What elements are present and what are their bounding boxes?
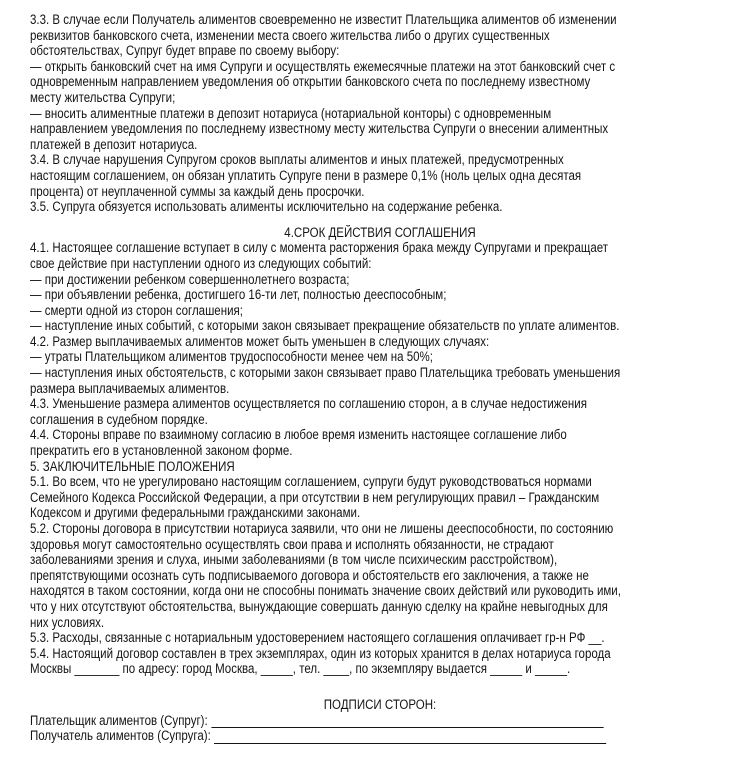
paragraph-line: процента) от неуплаченной суммы за кажды… — [30, 184, 632, 200]
paragraph-line: 4.1. Настоящее соглашение вступает в сил… — [30, 240, 632, 256]
recipient-label: Получатель алиментов (Супруга): — [30, 728, 211, 744]
paragraph-line: размера выплачиваемых алиментов. — [30, 381, 632, 397]
paragraph-line: месту жительства Супруги; — [30, 90, 632, 106]
paragraph-line: находятся в таком состоянии, когда они н… — [30, 583, 632, 599]
paragraph-line: 5.2. Стороны договора в присутствии нота… — [30, 521, 632, 537]
paragraph-line: — при объявлении ребенка, достигшего 16-… — [30, 287, 632, 303]
section-5-heading: 5. ЗАКЛЮЧИТЕЛЬНЫЕ ПОЛОЖЕНИЯ — [30, 459, 632, 475]
paragraph-line: соглашения в судебном порядке. — [30, 412, 632, 428]
paragraph-line: что у них отсутствуют обстоятельства, вы… — [30, 599, 632, 615]
paragraph-line: обстоятельствах, Супруг будет вправе по … — [30, 43, 632, 59]
section-4-heading: 4.СРОК ДЕЙСТВИЯ СОГЛАШЕНИЯ — [79, 225, 681, 241]
paragraph-line: — наступление иных событий, с которыми з… — [30, 318, 632, 334]
paragraph-line: — утраты Плательщиком алиментов трудоспо… — [30, 349, 632, 365]
paragraph-line: Семейного Кодекса Российской Федерации, … — [30, 490, 632, 506]
recipient-signature-row: Получатель алиментов (Супруга): — [30, 728, 632, 744]
paragraph-line: Москвы _______ по адресу: город Москва, … — [30, 661, 632, 677]
paragraph-line: 4.4. Стороны вправе по взаимному согласи… — [30, 427, 632, 443]
paragraph-line: направлением уведомления по последнему и… — [30, 121, 632, 137]
paragraph-line: — смерти одной из сторон соглашения; — [30, 303, 632, 319]
paragraph-line: настоящим соглашением, он обязан уплатит… — [30, 168, 632, 184]
paragraph-line: 4.3. Уменьшение размера алиментов осущес… — [30, 396, 632, 412]
paragraph-line: реквизитов банковского счета, изменении … — [30, 28, 632, 44]
paragraph-line: прекратить его в установленной законом ф… — [30, 443, 632, 459]
paragraph-line: — при достижении ребенком совершеннолетн… — [30, 272, 632, 288]
paragraph-line: здоровья могут самостоятельно осуществля… — [30, 537, 632, 553]
paragraph-line: 3.4. В случае нарушения Супругом сроков … — [30, 152, 632, 168]
paragraph-line: препятствующими осознать суть подписывае… — [30, 568, 632, 584]
section-3: 3.3. В случае если Получатель алиментов … — [30, 12, 730, 215]
paragraph-line: заболеваниями зрения и слуха, иными забо… — [30, 552, 632, 568]
paragraph-line: 3.3. В случае если Получатель алиментов … — [30, 12, 632, 28]
paragraph-line: платежей в депозит нотариуса. — [30, 137, 632, 153]
paragraph-line: — вносить алиментные платежи в депозит н… — [30, 106, 632, 122]
paragraph-line: свое действие при наступлении одного из … — [30, 256, 632, 272]
paragraph-line: 4.2. Размер выплачиваемых алиментов може… — [30, 334, 632, 350]
recipient-signature-line[interactable] — [214, 731, 606, 744]
document-page: 3.3. В случае если Получатель алиментов … — [30, 12, 730, 744]
section-5: 5.1. Во всем, что не урегулировано насто… — [30, 474, 730, 677]
paragraph-line: одновременным направлением уведомления о… — [30, 74, 632, 90]
payer-signature-line[interactable] — [211, 715, 603, 728]
signatures-heading: ПОДПИСИ СТОРОН: — [79, 697, 681, 713]
payer-label: Плательщик алиментов (Супруг): — [30, 713, 208, 729]
payer-signature-row: Плательщик алиментов (Супруг): — [30, 713, 632, 729]
paragraph-line: 3.5. Супруга обязуется использовать алим… — [30, 199, 632, 215]
paragraph-line: Кодексом и другими федеральными гражданс… — [30, 505, 632, 521]
paragraph-line: — наступления иных обстоятельств, с кото… — [30, 365, 632, 381]
paragraph-line: — открыть банковский счет на имя Супруги… — [30, 59, 632, 75]
paragraph-line: 5.4. Настоящий договор составлен в трех … — [30, 646, 632, 662]
paragraph-line: них условиях. — [30, 615, 632, 631]
paragraph-line: 5.1. Во всем, что не урегулировано насто… — [30, 474, 632, 490]
section-4: 4.1. Настоящее соглашение вступает в сил… — [30, 240, 730, 458]
paragraph-line: 5.3. Расходы, связанные с нотариальным у… — [30, 630, 632, 646]
